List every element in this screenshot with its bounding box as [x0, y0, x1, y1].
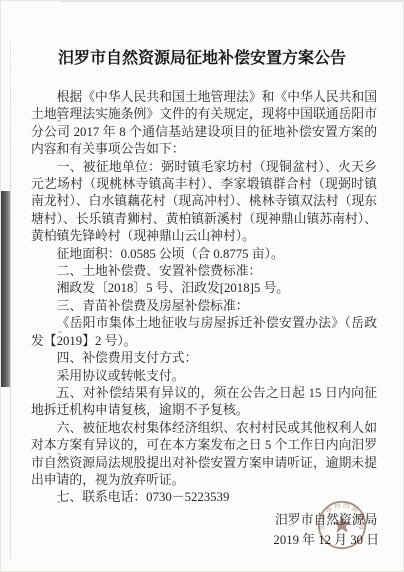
paragraph-expropriated-units: 一、被征地单位：弼时镇毛家坊村（现铜盆村）、火天乡元艺场村（现桃林寺镇高丰村）、…: [31, 159, 377, 246]
paragraph-hearing-rights: 六、被征地农村集体经济组织、农村村民或其他权利人如对本方案有异议的，可在本方案发…: [31, 420, 377, 490]
paragraph-compensation-standard-heading: 二、土地补偿费、安置补偿费标准：: [31, 263, 377, 280]
seal-star-icon: [333, 515, 351, 532]
official-seal: 汨罗市自然资源局: [310, 493, 374, 557]
paragraph-basis: 根据《中华人民共和国土地管理法》和《中华人民共和国土地管理法实施条例》文件的有关…: [31, 89, 377, 159]
paragraph-compensation-standard-refs: 湘政发〔2018〕5 号、汨政发[2018]5 号。: [31, 280, 377, 297]
paragraph-payment-method: 采用协议或转帐支付。: [31, 368, 377, 385]
paragraph-land-area: 征地面积：0.0585 公顷（合 0.8775 亩）。: [31, 246, 377, 263]
document-title: 汨罗市自然资源局征地补偿安置方案公告: [1, 45, 403, 68]
scan-edge-shadow: [1, 191, 10, 387]
document-body: 根据《中华人民共和国土地管理法》和《中华人民共和国土地管理法实施条例》文件的有关…: [31, 89, 377, 507]
scan-top-edge: [59, 1, 403, 2]
scanned-document-page: 汨罗市自然资源局征地补偿安置方案公告 根据《中华人民共和国土地管理法》和《中华人…: [0, 0, 404, 572]
paragraph-crop-house-standard-ref: 《岳阳市集体土地征收与房屋拆迁补偿安置办法》（岳政发【2019】2 号）。: [31, 315, 377, 350]
paragraph-review-objection: 五、对补偿结果有异议的，须在公告之日起 15 日内向征地拆迁机构申请复核，逾期不…: [31, 385, 377, 420]
paragraph-crop-house-standard-heading: 三、青苗补偿费及房屋补偿标准：: [31, 298, 377, 315]
paragraph-payment-method-heading: 四、补偿费用支付方式：: [31, 350, 377, 367]
scan-fold-line: [10, 39, 11, 559]
